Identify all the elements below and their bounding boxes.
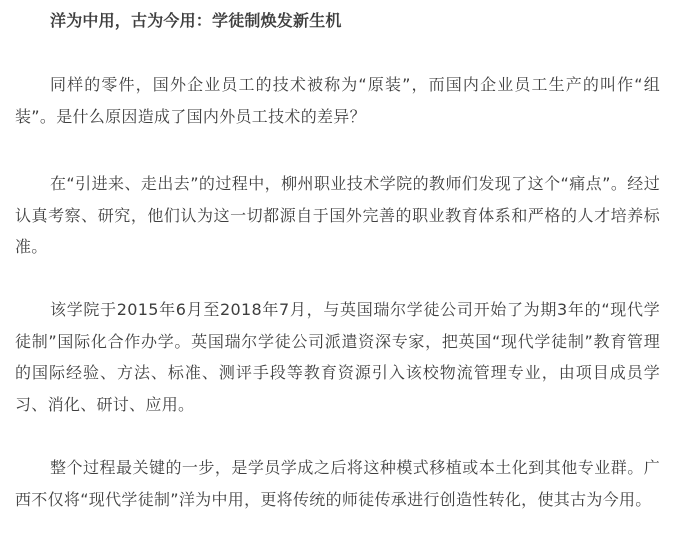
- paragraph: 该学院于2015年6月至2018年7月，与英国瑞尔学徒公司开始了为期3年的“现代…: [15, 294, 660, 420]
- paragraph: 同样的零件，国外企业员工的技术被称为“原装”，而国内企业员工生产的叫作“组装”。…: [15, 69, 660, 132]
- article: 洋为中用，古为今用：学徒制焕发新生机 同样的零件，国外企业员工的技术被称为“原装…: [0, 0, 700, 541]
- paragraph: 在“引进来、走出去”的过程中，柳州职业技术学院的教师们发现了这个“痛点”。经过认…: [15, 168, 660, 263]
- paragraph: 整个过程最关键的一步，是学员学成之后将这种模式移植或本土化到其他专业群。广西不仅…: [15, 452, 660, 515]
- section-heading: 洋为中用，古为今用：学徒制焕发新生机: [50, 10, 342, 32]
